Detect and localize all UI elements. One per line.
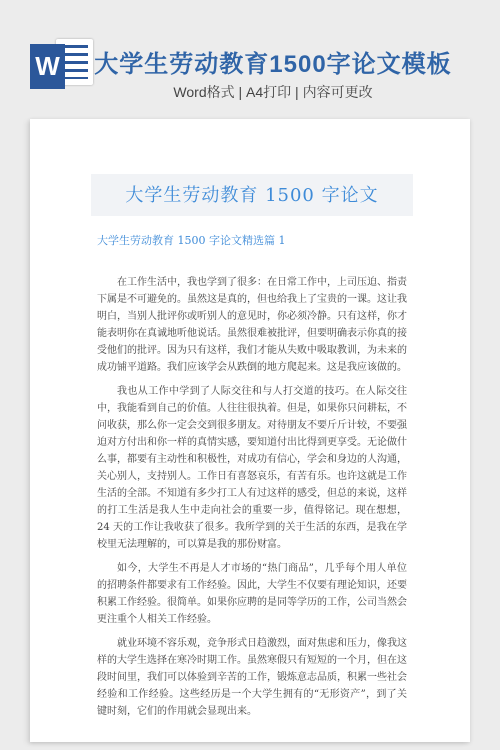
format-info: Word格式 | A4打印 | 内容可更改 [92, 82, 454, 102]
site-header: W 大学生劳动教育1500字论文模板 Word格式 | A4打印 | 内容可更改 [0, 0, 500, 119]
paragraph: 在工作生活中，我也学到了很多：在日常工作中，上司压迫、指责下属是不可避免的。虽然… [97, 274, 407, 376]
page-title: 大学生劳动教育1500字论文模板 [92, 44, 454, 79]
word-icon-text-lines [65, 45, 88, 79]
word-icon: W [30, 39, 94, 89]
paragraph: 如今，大学生不再是人才市场的“热门商品”，几乎每个用人单位的招聘条件都要求有工作… [97, 560, 407, 628]
document-body: 在工作生活中，我也学到了很多：在日常工作中，上司压迫、指责下属是不可避免的。虽然… [97, 274, 407, 720]
word-icon-letter: W [30, 44, 65, 89]
document-section-heading: 大学生劳动教育 1500 字论文精选篇 1 [97, 232, 407, 248]
document-title: 大学生劳动教育 1500 字论文 [91, 174, 413, 216]
paragraph: 就业环境不容乐观，竞争形式日趋激烈，面对焦虑和压力，像我这样的大学生选择在寒冷时… [97, 635, 407, 720]
paragraph: 我也从工作中学到了人际交往和与人打交道的技巧。在人际交往中，我能看到自己的价值。… [97, 383, 407, 553]
document-page-preview: 大学生劳动教育 1500 字论文 大学生劳动教育 1500 字论文精选篇 1 在… [30, 119, 470, 742]
